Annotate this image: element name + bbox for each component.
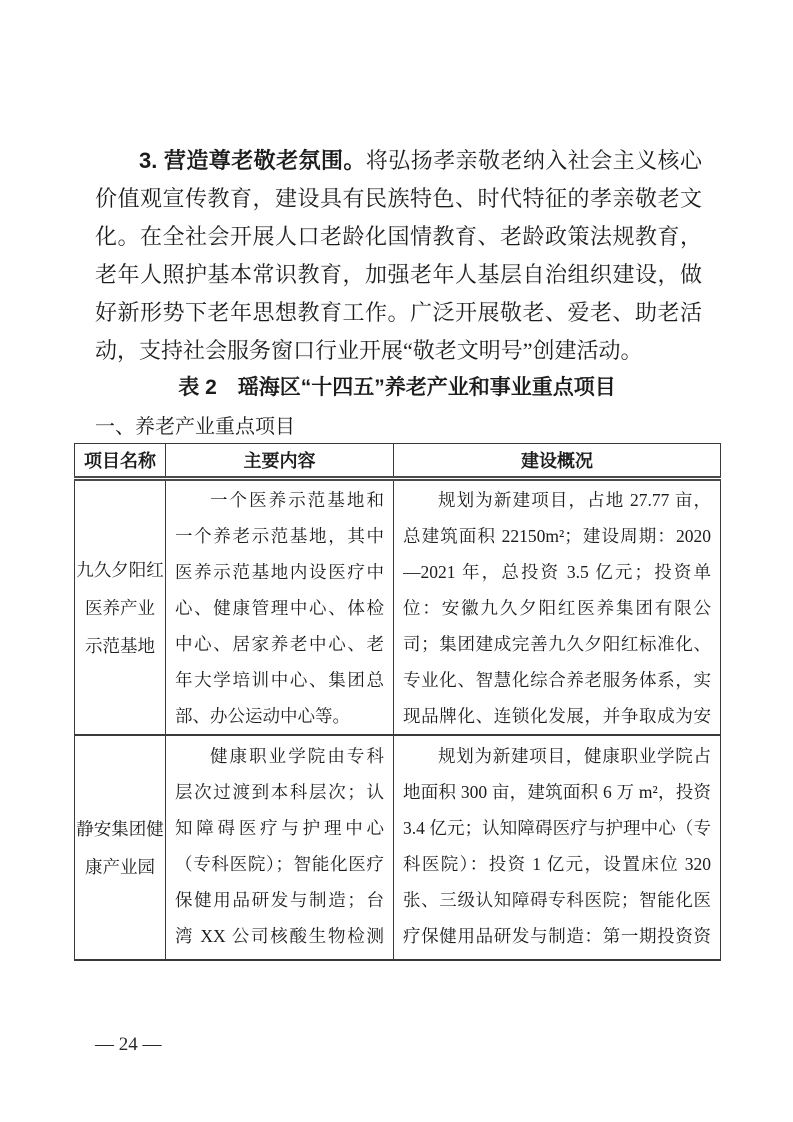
construction-overview-cell: 规划为新建项目，健康职业学院占地面积 300 亩，建筑面积 6 万 m²，投资 … xyxy=(394,735,721,960)
paragraph-text: 将弘扬孝亲敬老纳入社会主义核心价值观宣传教育，建设具有民族特色、时代特征的孝亲敬… xyxy=(95,148,702,363)
page-number: — 24 — xyxy=(95,1034,162,1056)
header-cell-construction-overview: 建设概况 xyxy=(394,444,721,479)
construction-overview-cell: 规划为新建项目，占地 27.77 亩，总建筑面积 22150m²；建设周期：20… xyxy=(394,479,721,736)
table-row-jingan-park: 静安集团健 康产业园 健康职业学院由专科层次过渡到本科层次；认知障碍医疗与护理中… xyxy=(75,735,721,960)
table-header-row: 项目名称 主要内容 建设概况 xyxy=(75,444,721,479)
paragraph-lead: 3. 营造尊老敬老氛围。 xyxy=(139,148,366,173)
table-row-jiujiu-base: 九久夕阳红 医养产业 示范基地 一个医养示范基地和一个养老示范基地，其中医养示范… xyxy=(75,479,721,736)
main-content-cell: 一个医养示范基地和一个养老示范基地，其中医养示范基地内设医疗中心、健康管理中心、… xyxy=(166,479,394,736)
header-cell-main-content: 主要内容 xyxy=(166,444,394,479)
main-content-cell: 健康职业学院由专科层次过渡到本科层次；认知障碍医疗与护理中心（专科医院）；智能化… xyxy=(166,735,394,960)
project-name-cell: 静安集团健 康产业园 xyxy=(75,735,166,960)
construction-overview-text: 规划为新建项目，占地 27.77 亩，总建筑面积 22150m²；建设周期：20… xyxy=(403,482,711,734)
document-page: 3. 营造尊老敬老氛围。将弘扬孝亲敬老纳入社会主义核心价值观宣传教育，建设具有民… xyxy=(0,0,793,1122)
body-paragraph: 3. 营造尊老敬老氛围。将弘扬孝亲敬老纳入社会主义核心价值观宣传教育，建设具有民… xyxy=(95,142,702,370)
projects-table: 项目名称 主要内容 建设概况 九久夕阳红 医养产业 示范基地 一个医养示范基地和… xyxy=(74,443,721,961)
header-cell-project-name: 项目名称 xyxy=(75,444,166,479)
main-content-text: 健康职业学院由专科层次过渡到本科层次；认知障碍医疗与护理中心（专科医院）；智能化… xyxy=(175,738,384,958)
construction-overview-text: 规划为新建项目，健康职业学院占地面积 300 亩，建筑面积 6 万 m²，投资 … xyxy=(403,738,711,958)
section-heading: 一、养老产业重点项目 xyxy=(95,410,295,439)
project-name-cell: 九久夕阳红 医养产业 示范基地 xyxy=(75,479,166,736)
main-content-text: 一个医养示范基地和一个养老示范基地，其中医养示范基地内设医疗中心、健康管理中心、… xyxy=(175,482,384,734)
table-caption: 表 2 瑶海区“十四五”养老产业和事业重点项目 xyxy=(74,371,720,401)
